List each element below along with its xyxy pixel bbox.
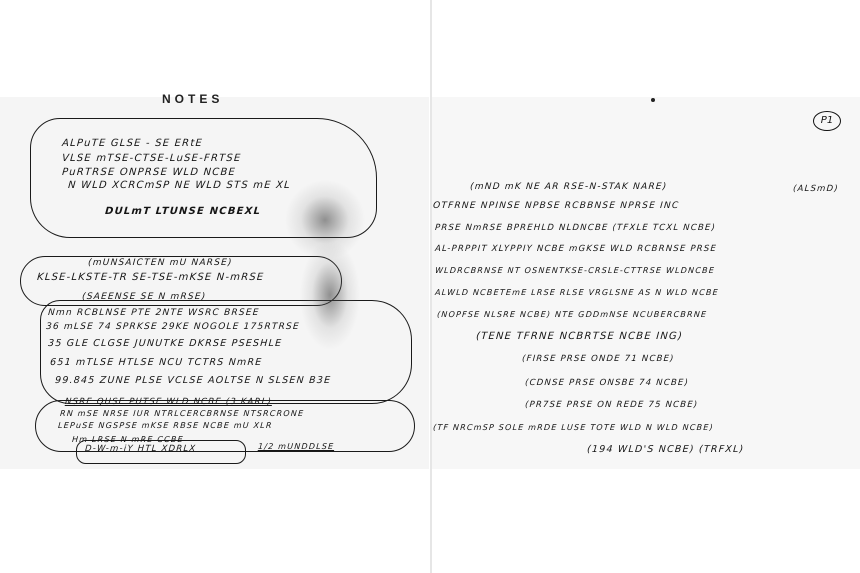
note-line: KLSE-LKSTE-TR SE-TSE-mKSE N-mRSE <box>37 272 265 283</box>
note-line: ALWLD NCBETEmE LRSE RLSE VRGLSNE AS N WL… <box>435 288 719 297</box>
note-line: Nmn RCBLNSE PTE 2NTE WSRC BRSEE <box>48 308 260 318</box>
note-line: 35 GLE CLGSE JUNUTKE DKRSE PSESHLE <box>48 338 283 349</box>
note-line: LEPuSE NGSPSE mKSE RBSE NCBE mU XLR <box>58 421 273 430</box>
note-line: AL-PRPPIT XLYPPIY NCBE mGKSE WLD RCBRNSE… <box>435 244 718 254</box>
ink-smudge <box>300 240 360 350</box>
right-scan-page <box>432 97 860 469</box>
note-line: 36 mLSE 74 SPRKSE 29KE NOGOLE 175RTRSE <box>46 322 300 332</box>
note-line: (NOPFSE NLSRE NCBE) NTE GDDmNSE NCUBERCB… <box>437 310 708 319</box>
note-line: ALPuTE GLSE - SE ERtE <box>62 138 204 149</box>
note-line: 651 mTLSE HTLSE NCU TCTRS NmRE <box>50 357 263 368</box>
page-number-circle: P1 <box>813 111 841 131</box>
note-line: PuRTRSE ONPRSE WLD NCBE <box>62 167 237 178</box>
note-line: Hm LRSE N mRE CCBE <box>72 435 184 444</box>
notes-heading: NOTES <box>162 92 223 106</box>
note-line: 99.845 ZUNE PLSE VCLSE AOLTSE N SLSEN B3… <box>55 375 332 386</box>
ink-dot <box>651 98 655 102</box>
footer-note: 1/2 mUNDDLSE <box>258 442 335 451</box>
note-line: (TF NRCmSP SOLE mRDE LUSE TOTE WLD N WLD… <box>433 423 714 432</box>
note-line: OTFRNE NPINSE NPBSE RCBBNSE NPRSE INC <box>433 201 680 211</box>
note-line: N WLD XCRCmSP NE WLD STS mE XL <box>68 180 292 191</box>
note-line: (PR7SE PRSE ON REDE 75 NCBE) <box>525 400 699 410</box>
note-line: (CDNSE PRSE ONSBE 74 NCBE) <box>525 378 690 388</box>
corner-note: (ALSmD) <box>793 184 840 194</box>
note-line: (FIRSE PRSE ONDE 71 NCBE) <box>522 354 675 364</box>
note-line: (194 WLD'S NCBE) (TRFXL) <box>587 444 745 455</box>
note-line: (SAEENSE SE N mRSE) <box>82 292 207 302</box>
note-line: (TENE TFRNE NCBRTSE NCBE ING) <box>476 331 684 342</box>
note-line: VLSE mTSE-CTSE-LuSE-FRTSE <box>62 153 242 164</box>
note-line: (mND mK NE AR RSE-N-STAK NARE) <box>470 182 668 192</box>
note-line: PRSE NmRSE BPREHLD NLDNCBE (TFXLE TCXL N… <box>435 223 717 233</box>
note-line: WLDRCBRNSE NT OSNENTKSE-CRSLE-CTTRSE WLD… <box>435 266 716 275</box>
note-line: NSRE QUSE PUTSE WLD NCBE (3 KARL) <box>65 397 273 407</box>
note-line: RN mSE NRSE IUR NTRLCERCBRNSE NTSRCRONE <box>60 409 305 418</box>
footer-box-text: D-W-m-iY HTL XDRLX <box>85 444 197 454</box>
note-line: (mUNSAICTEN mU NARSE) <box>88 258 233 268</box>
note-line: DULmT LTUNSE NCBEXL <box>105 206 262 217</box>
